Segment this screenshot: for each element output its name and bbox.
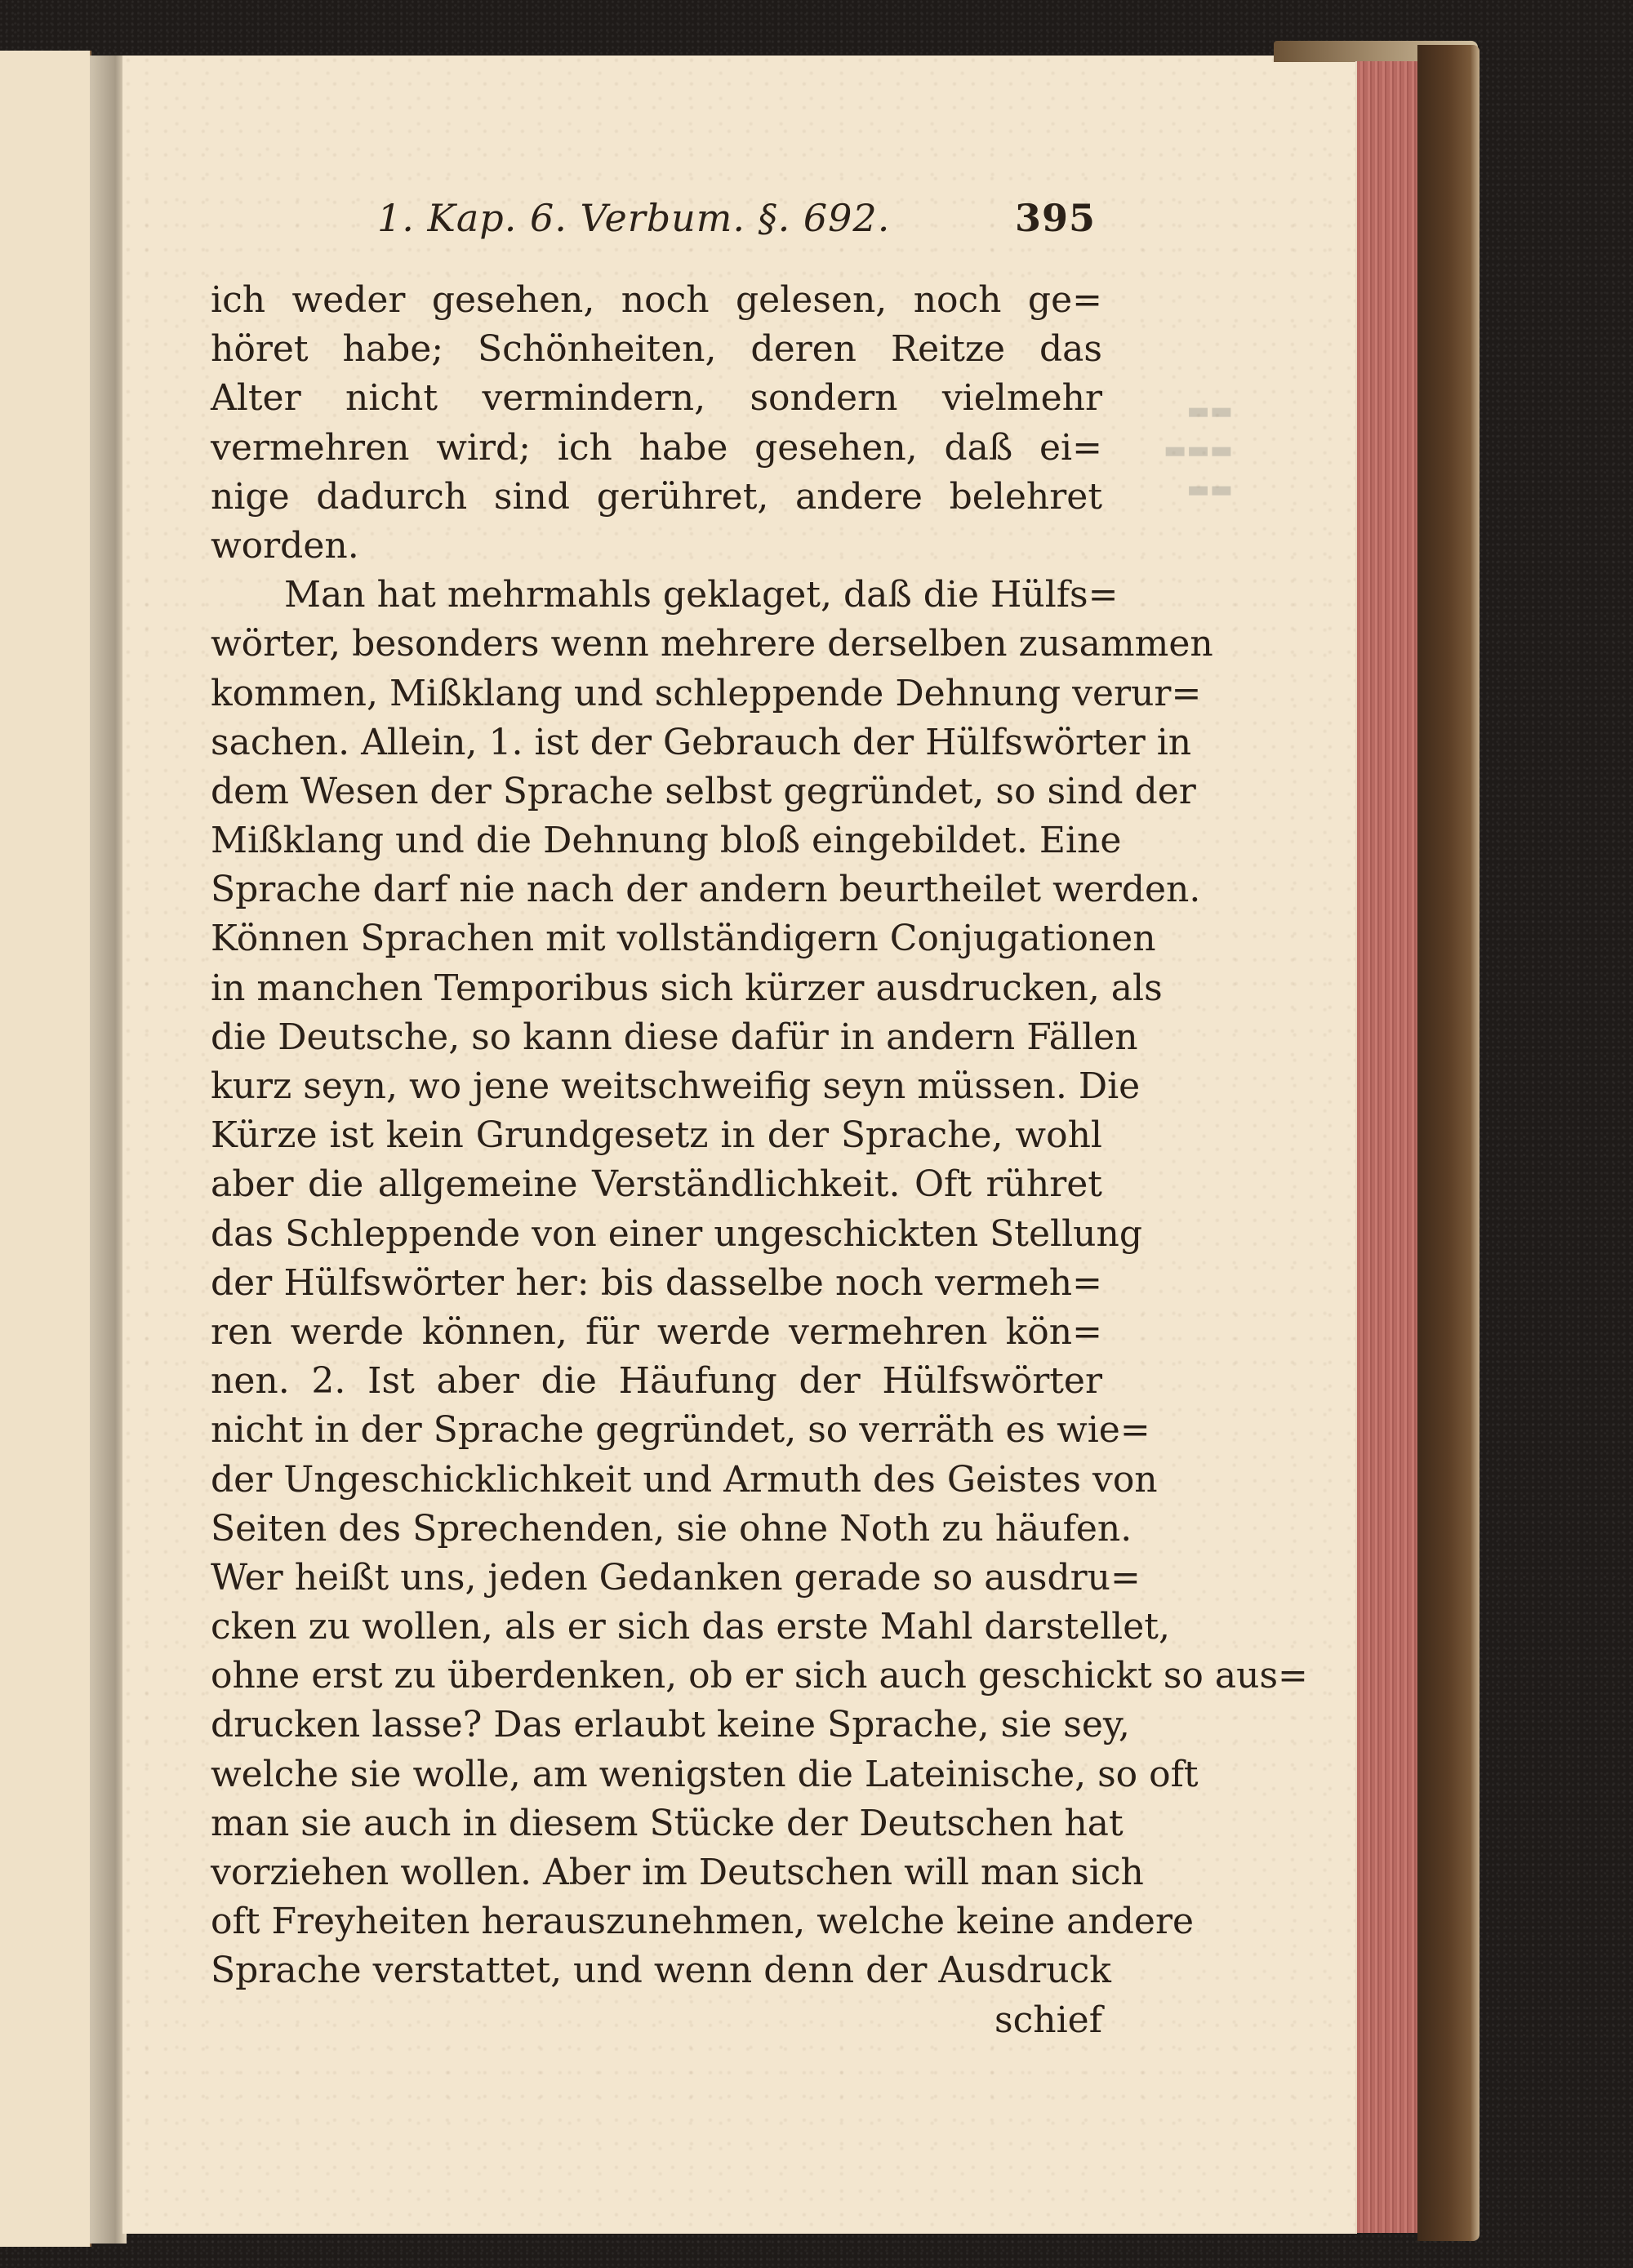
spine-gutter [90,56,127,2244]
text-line: das Schleppende von einer ungeschickten … [211,1210,1102,1259]
text-line: wörter, besonders wenn mehrere derselben… [211,620,1102,669]
text-line: aber die allgemeine Verständlichkeit. Of… [211,1160,1102,1209]
text-line: der Hülfswörter her: bis dasselbe noch v… [211,1259,1102,1308]
red-page-edges [1355,61,1419,2233]
text-line: Können Sprachen mit vollständigern Conju… [211,914,1102,963]
book-scan: ▬▬▬▬▬▬▬ 1. Kap. 6. Verbum. §. 692. 395 i… [0,0,1633,2268]
text-line: Seiten des Sprechenden, sie ohne Noth zu… [211,1505,1102,1554]
text-line: kommen, Mißklang und schleppende Dehnung… [211,669,1102,718]
text-line: oft Freyheiten herauszunehmen, welche ke… [211,1897,1102,1946]
text-line: ohne erst zu überdenken, ob er sich auch… [211,1652,1102,1701]
text-line: Sprache darf nie nach der andern beurthe… [211,865,1102,914]
text-line: worden. [211,522,1102,571]
running-title: 1. Kap. 6. Verbum. §. 692. [377,196,890,240]
text-line: Man hat mehrmahls geklaget, daß die Hülf… [211,571,1102,620]
leather-cover [1417,45,1479,2241]
text-line: sachen. Allein, 1. ist der Gebrauch der … [211,718,1102,767]
body-text: ich weder gesehen, noch gelesen, noch ge… [211,276,1102,2045]
left-page-edge [0,51,91,2247]
running-header: 1. Kap. 6. Verbum. §. 692. 395 [377,196,1096,245]
text-line: Alter nicht vermindern, sondern vielmehr [211,374,1102,423]
text-line: welche sie wolle, am wenigsten die Latei… [211,1750,1102,1799]
text-line: man sie auch in diesem Stücke der Deutsc… [211,1799,1102,1848]
text-line: Wer heißt uns, jeden Gedanken gerade so … [211,1554,1102,1603]
text-line: vorziehen wollen. Aber im Deutschen will… [211,1848,1102,1897]
text-line: die Deutsche, so kann diese dafür in and… [211,1013,1102,1062]
text-line: cken zu wollen, als er sich das erste Ma… [211,1603,1102,1652]
text-line: ren werde können, für werde vermehren kö… [211,1308,1102,1357]
show-through-text: ▬▬▬▬▬▬▬ [1135,392,1233,539]
text-line: dem Wesen der Sprache selbst gegründet, … [211,767,1102,816]
text-line: kurz seyn, wo jene weitschweifig seyn mü… [211,1062,1102,1111]
text-line: höret habe; Schönheiten, deren Reitze da… [211,325,1102,374]
text-line: Kürze ist kein Grundgesetz in der Sprach… [211,1111,1102,1160]
page-number: 395 [1015,196,1096,240]
text-line: ich weder gesehen, noch gelesen, noch ge… [211,276,1102,325]
text-line: Sprache verstattet, und wenn denn der Au… [211,1946,1102,1995]
text-line: vermehren wird; ich habe gesehen, daß ei… [211,424,1102,473]
text-line: drucken lasse? Das erlaubt keine Sprache… [211,1701,1102,1750]
text-line: in manchen Temporibus sich kürzer ausdru… [211,964,1102,1013]
text-line: nicht in der Sprache gegründet, so verrä… [211,1406,1102,1455]
catchword: schief [211,1996,1102,2045]
text-line: nige dadurch sind gerühret, andere beleh… [211,473,1102,522]
text-line: der Ungeschicklichkeit und Armuth des Ge… [211,1456,1102,1505]
text-line: nen. 2. Ist aber die Häufung der Hülfswö… [211,1357,1102,1406]
text-line: Mißklang und die Dehnung bloß eingebilde… [211,816,1102,865]
